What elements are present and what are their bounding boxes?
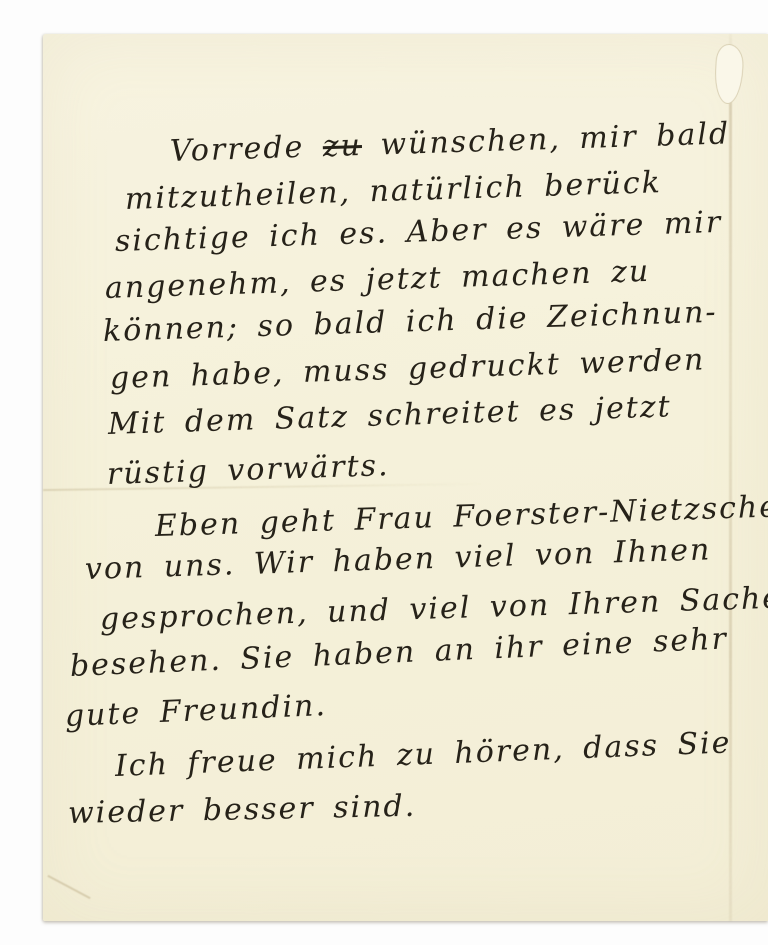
- handwritten-line: mitzutheilen, natürlich berück: [125, 168, 663, 215]
- handwritten-line: rüstig vorwärts.: [107, 451, 391, 490]
- struck-word: zu: [322, 128, 362, 164]
- handwritten-line: Mit dem Satz schreitet es jetzt: [108, 392, 673, 440]
- handwritten-line: können; so bald ich die Zeichnun-: [103, 298, 718, 347]
- handwritten-line: gen habe, muss gedruckt werden: [110, 345, 706, 394]
- photograph-background: Vorrede zu wünschen, mir bald mitzutheil…: [0, 0, 768, 945]
- handwritten-word: wünschen, mir bald: [361, 116, 730, 163]
- vertical-fold-crease: [729, 34, 732, 921]
- handwritten-line: angenehm, es jetzt machen zu: [105, 257, 651, 304]
- handwritten-line: Vorrede zu wünschen, mir bald: [170, 119, 731, 167]
- handwritten-line: wieder besser sind.: [68, 792, 417, 829]
- letter-paper: Vorrede zu wünschen, mir bald mitzutheil…: [43, 34, 768, 921]
- handwritten-line: gute Freundin.: [64, 691, 327, 732]
- paper-tear-top-right: [713, 43, 744, 104]
- handwritten-word: Vorrede: [169, 129, 323, 169]
- handwritten-line: sichtige ich es. Aber es wäre mir: [115, 208, 723, 257]
- bottom-left-corner-crease: [47, 875, 90, 899]
- handwritten-line: Ich freue mich zu hören, dass Sie: [114, 728, 732, 782]
